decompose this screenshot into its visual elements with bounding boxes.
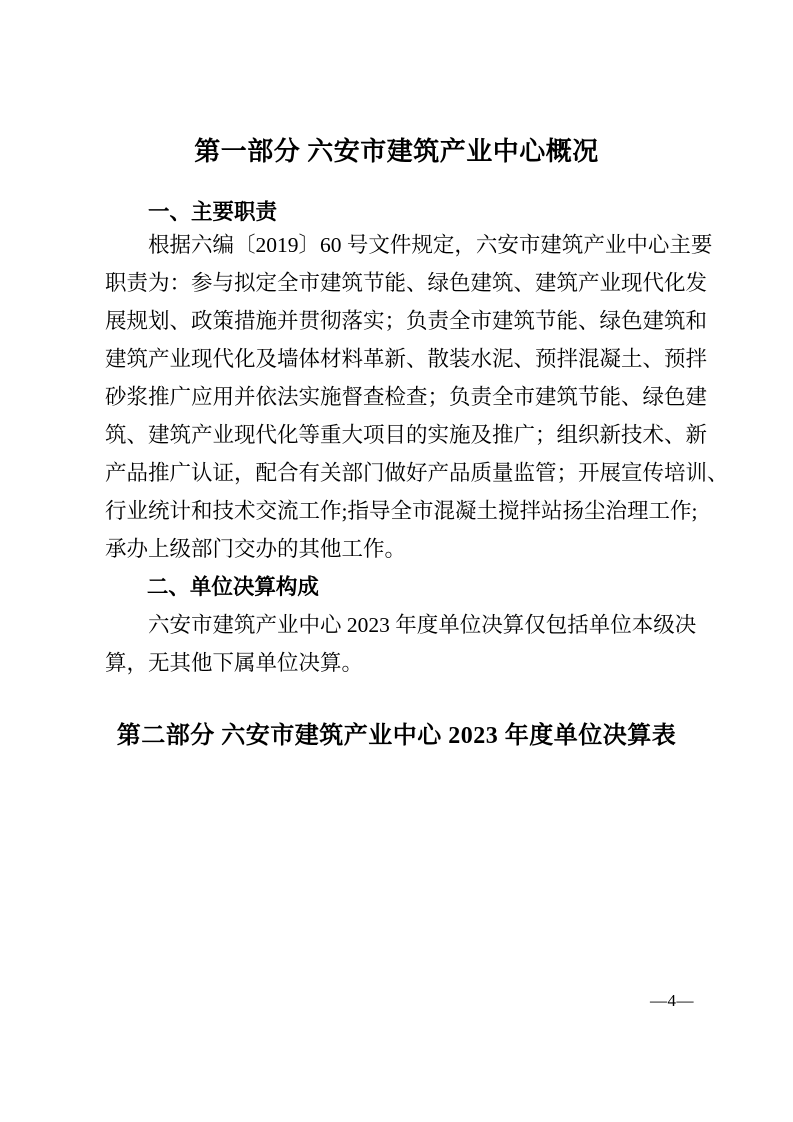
part1-title: 第一部分 六安市建筑产业中心概况 [105,134,688,170]
paragraph-line: 承办上级部门交办的其他工作。 [105,530,688,568]
document-content: 第一部分 六安市建筑产业中心概况 一、主要职责 根据六编〔2019〕60 号文件… [105,0,688,758]
section1-heading: 一、主要职责 [105,198,688,226]
paragraph-line: 砂浆推广应用并依法实施督查检查；负责全市建筑节能、绿色建 [105,378,688,416]
paragraph-line: 展规划、政策措施并贯彻落实；负责全市建筑节能、绿色建筑和 [105,302,688,340]
section2-paragraph: 六安市建筑产业中心 2023 年度单位决算仅包括单位本级决 算，无其他下属单位决… [105,606,688,682]
page-number: —4— [650,991,694,1011]
paragraph-line: 根据六编〔2019〕60 号文件规定，六安市建筑产业中心主要 [105,226,688,264]
paragraph-line: 职责为：参与拟定全市建筑节能、绿色建筑、建筑产业现代化发 [105,264,688,302]
paragraph-line: 筑、建筑产业现代化等重大项目的实施及推广；组织新技术、新 [105,416,688,454]
section2-heading: 二、单位决算构成 [105,568,688,606]
document-page: 第一部分 六安市建筑产业中心概况 一、主要职责 根据六编〔2019〕60 号文件… [0,0,793,1122]
paragraph-line: 建筑产业现代化及墙体材料革新、散装水泥、预拌混凝土、预拌 [105,340,688,378]
section1-paragraph: 根据六编〔2019〕60 号文件规定，六安市建筑产业中心主要 职责为：参与拟定全… [105,226,688,568]
paragraph-line: 产品推广认证，配合有关部门做好产品质量监管；开展宣传培训、 [105,454,688,492]
paragraph-line: 六安市建筑产业中心 2023 年度单位决算仅包括单位本级决 [105,606,688,644]
paragraph-line: 算，无其他下属单位决算。 [105,644,688,682]
part2-title: 第二部分 六安市建筑产业中心 2023 年度单位决算表 [105,714,688,758]
paragraph-line: 行业统计和技术交流工作;指导全市混凝土搅拌站扬尘治理工作; [105,492,688,530]
